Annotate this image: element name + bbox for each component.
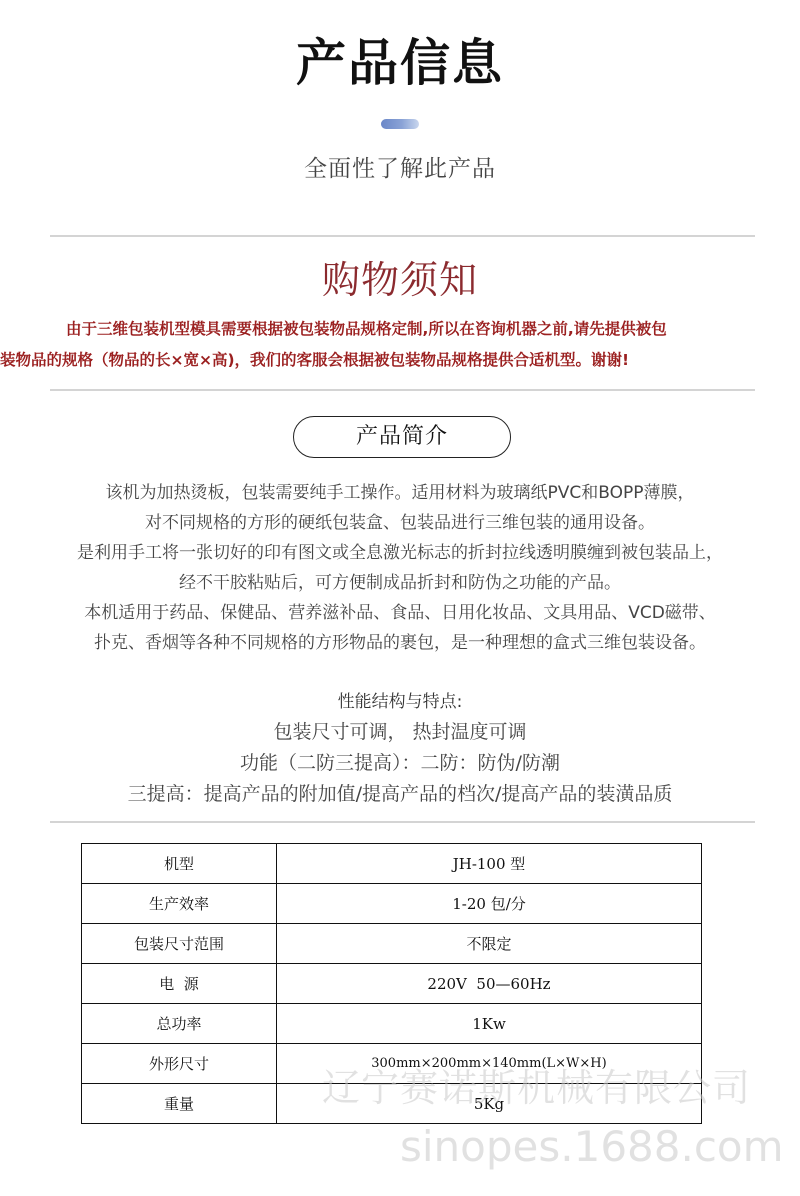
intro-line: 对不同规格的方形的硬纸包装盒、包装品进行三维包装的通用设备。 <box>0 508 800 538</box>
page-subtitle: 全面性了解此产品 <box>0 152 800 186</box>
table-row: 电 源 220V 50—60Hz <box>82 964 702 1004</box>
spec-value: 1Kw <box>277 1004 702 1044</box>
spec-label: 重量 <box>82 1084 277 1124</box>
intro-text: 该机为加热烫板，包装需要纯手工操作。适用材料为玻璃纸PVC和BOPP薄膜， 对不… <box>0 478 800 658</box>
spec-table: 机型 JH-100 型 生产效率 1-20 包/分 包装尺寸范围 不限定 电 源… <box>81 843 702 1124</box>
feature-line: 功能（二防三提高）：二防：防伪/防潮 <box>0 748 800 779</box>
section-heading-intro: 产品简介 <box>293 416 511 458</box>
accent-bar <box>381 119 419 129</box>
divider <box>50 235 755 237</box>
divider <box>50 389 755 391</box>
intro-line: 该机为加热烫板，包装需要纯手工操作。适用材料为玻璃纸PVC和BOPP薄膜， <box>0 478 800 508</box>
table-row: 总功率 1Kw <box>82 1004 702 1044</box>
spec-value: 300mm×200mm×140mm(L×W×H) <box>277 1044 702 1084</box>
notice-title: 购物须知 <box>0 254 800 306</box>
spec-value: 1-20 包/分 <box>277 884 702 924</box>
notice-text: 由于三维包装机型模具需要根据被包装物品规格定制,所以在咨询机器之前,请先提供被包… <box>0 314 800 376</box>
intro-line: 本机适用于药品、保健品、营养滋补品、食品、日用化妆品、文具用品、VCD磁带、 <box>0 598 800 628</box>
spec-value: 5Kg <box>277 1084 702 1124</box>
intro-line: 经不干胶粘贴后，可方便制成品折封和防伪之功能的产品。 <box>0 568 800 598</box>
notice-line: 由于三维包装机型模具需要根据被包装物品规格定制,所以在咨询机器之前,请先提供被包 <box>0 314 800 345</box>
divider <box>50 821 755 823</box>
table-row: 机型 JH-100 型 <box>82 844 702 884</box>
feature-line: 三提高：提高产品的附加值/提高产品的档次/提高产品的装潢品质 <box>0 779 800 810</box>
spec-label: 包装尺寸范围 <box>82 924 277 964</box>
spec-value: JH-100 型 <box>277 844 702 884</box>
table-row: 重量 5Kg <box>82 1084 702 1124</box>
page-title: 产品信息 <box>0 28 800 98</box>
intro-line: 扑克、香烟等各种不同规格的方形物品的裹包，是一种理想的盒式三维包装设备。 <box>0 628 800 658</box>
spec-value: 220V 50—60Hz <box>277 964 702 1004</box>
spec-label: 电 源 <box>82 964 277 1004</box>
table-row: 包装尺寸范围 不限定 <box>82 924 702 964</box>
table-row: 外形尺寸 300mm×200mm×140mm(L×W×H) <box>82 1044 702 1084</box>
spec-label: 总功率 <box>82 1004 277 1044</box>
spec-label: 机型 <box>82 844 277 884</box>
intro-line: 是利用手工将一张切好的印有图文或全息激光标志的折封拉线透明膜缠到被包装品上， <box>0 538 800 568</box>
table-row: 生产效率 1-20 包/分 <box>82 884 702 924</box>
features-heading: 性能结构与特点: <box>0 687 800 717</box>
spec-label: 生产效率 <box>82 884 277 924</box>
notice-line: 装物品的规格（物品的长×宽×高)，我们的客服会根据被包装物品规格提供合适机型。谢… <box>0 345 800 376</box>
spec-label: 外形尺寸 <box>82 1044 277 1084</box>
features-text: 包装尺寸可调， 热封温度可调 功能（二防三提高）：二防：防伪/防潮 三提高：提高… <box>0 717 800 810</box>
feature-line: 包装尺寸可调， 热封温度可调 <box>0 717 800 748</box>
watermark-site: sinopes.1688.com <box>400 1122 784 1171</box>
spec-value: 不限定 <box>277 924 702 964</box>
